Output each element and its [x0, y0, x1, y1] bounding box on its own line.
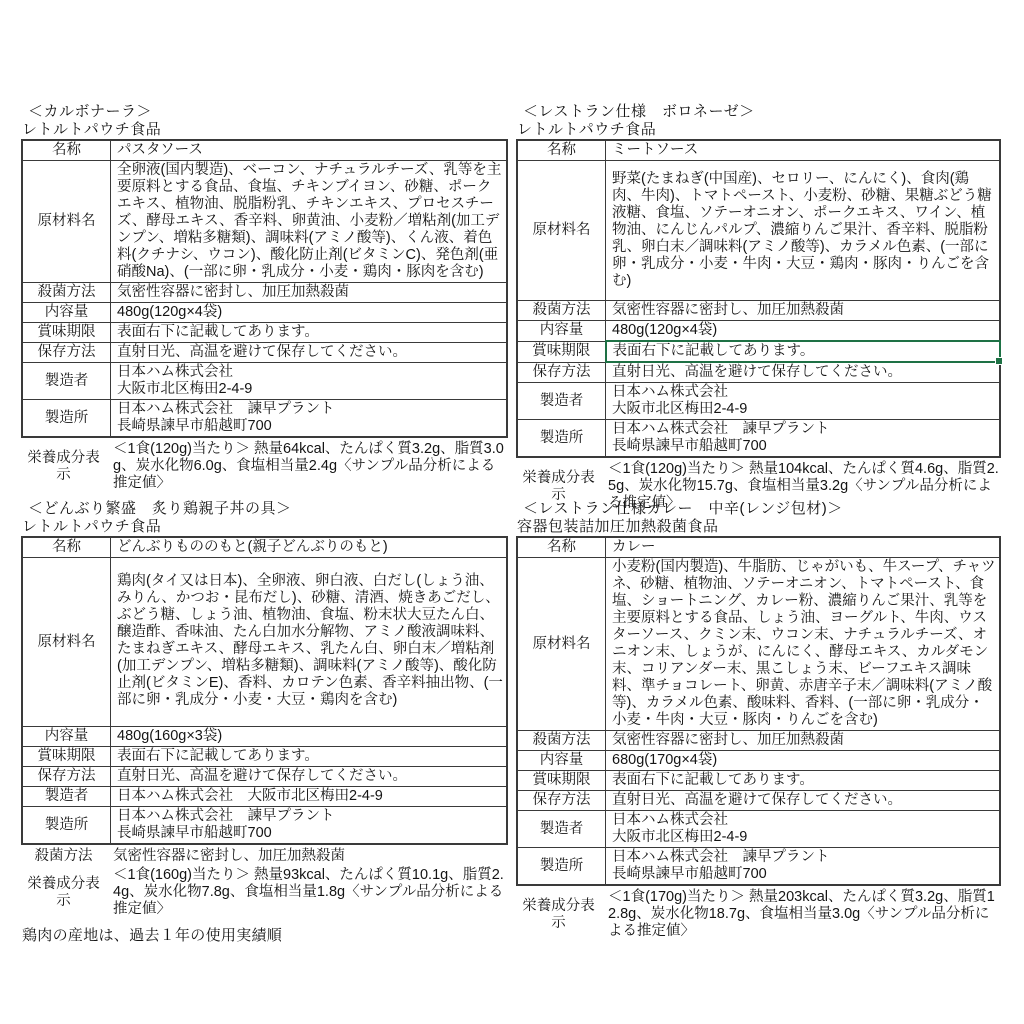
row-label[interactable]: 栄養成分表示	[21, 876, 106, 910]
row-label-cell[interactable]: 保存方法	[22, 343, 111, 363]
row-label-cell[interactable]: 内容量	[517, 751, 606, 771]
table-row: 賞味期限表面右下に記載してあります。	[517, 341, 1000, 362]
spec-table: 名称カレー原材料名小麦粉(国内製造)、牛脂肪、じゃがいも、牛スープ、チャツネ、砂…	[516, 536, 1001, 886]
row-value-cell[interactable]: どんぶりもののもと(親子どんぶりのもと)	[111, 537, 508, 558]
row-value[interactable]: ＜1食(160g)当たり＞ 熱量93kcal、たんぱく質10.1g、脂質2.4g…	[106, 867, 508, 918]
product-title: ＜レストラン仕様 ボロネーゼ＞	[516, 102, 1001, 121]
table-row: 製造者日本ハム株式会社 大阪市北区梅田2-4-9	[517, 383, 1000, 420]
borderless-rows: 栄養成分表示＜1食(170g)当たり＞ 熱量203kcal、たんぱく質3.2g、…	[516, 889, 1001, 940]
row-value-cell[interactable]: ミートソース	[606, 140, 1001, 161]
table-row: 保存方法直射日光、高温を避けて保存してください。	[22, 343, 507, 363]
row-label-cell[interactable]: 内容量	[517, 321, 606, 342]
row-label-cell[interactable]: 製造所	[22, 807, 111, 845]
table-row: 製造所日本ハム株式会社 諫早プラント 長崎県諫早市船越町700	[22, 807, 507, 845]
borderless-rows: 殺菌方法気密性容器に密封し、加圧加熱殺菌栄養成分表示＜1食(160g)当たり＞ …	[21, 848, 508, 918]
row-label-cell[interactable]: 製造者	[517, 383, 606, 420]
row-label-cell[interactable]: 内容量	[22, 727, 111, 747]
row-value-cell[interactable]: 日本ハム株式会社 諫早プラント 長崎県諫早市船越町700	[111, 807, 508, 845]
spec-table: 名称どんぶりもののもと(親子どんぶりのもと)原材料名鶏肉(タイ又は日本)、全卵液…	[21, 536, 508, 845]
row-label-cell[interactable]: 殺菌方法	[22, 283, 111, 303]
row-label-cell[interactable]: 賞味期限	[22, 323, 111, 343]
row-value-cell[interactable]: 直射日光、高温を避けて保存してください。	[111, 343, 508, 363]
row-value-cell[interactable]: 表面右下に記載してあります。	[111, 323, 508, 343]
product-section-carbonara: ＜カルボナーラ＞ レトルトパウチ食品 名称パスタソース原材料名全卵液(国内製造)…	[21, 102, 508, 492]
borderless-row: 栄養成分表示＜1食(120g)当たり＞ 熱量64kcal、たんぱく質3.2g、脂…	[21, 441, 508, 492]
table-row: 製造所日本ハム株式会社 諫早プラント 長崎県諫早市船越町700	[22, 400, 507, 438]
row-label-cell[interactable]: 名称	[517, 140, 606, 161]
row-value-cell[interactable]: 480g(160g×3袋)	[111, 727, 508, 747]
spec-table: 名称ミートソース原材料名野菜(たまねぎ(中国産)、セロリー、にんにく)、食肉(鶏…	[516, 139, 1001, 458]
row-label-cell[interactable]: 原材料名	[517, 161, 606, 301]
borderless-row: 栄養成分表示＜1食(160g)当たり＞ 熱量93kcal、たんぱく質10.1g、…	[21, 867, 508, 918]
row-value-cell[interactable]: 気密性容器に密封し、加圧加熱殺菌	[606, 301, 1001, 321]
product-category: レトルトパウチ食品	[21, 121, 508, 139]
row-value[interactable]: ＜1食(170g)当たり＞ 熱量203kcal、たんぱく質3.2g、脂質12.8…	[601, 889, 1001, 940]
row-value-cell[interactable]: 日本ハム株式会社 大阪市北区梅田2-4-9	[606, 811, 1001, 848]
row-label-cell[interactable]: 内容量	[22, 303, 111, 323]
row-label-cell[interactable]: 原材料名	[22, 558, 111, 727]
row-label-cell[interactable]: 製造所	[517, 848, 606, 886]
row-label-cell[interactable]: 原材料名	[517, 558, 606, 731]
borderless-row: 栄養成分表示＜1食(170g)当たり＞ 熱量203kcal、たんぱく質3.2g、…	[516, 889, 1001, 940]
row-value-cell[interactable]: 480g(120g×4袋)	[606, 321, 1001, 342]
row-label-cell[interactable]: 名称	[517, 537, 606, 558]
row-value[interactable]: ＜1食(120g)当たり＞ 熱量64kcal、たんぱく質3.2g、脂質3.0g、…	[106, 441, 508, 492]
table-row: 保存方法直射日光、高温を避けて保存してください。	[22, 767, 507, 787]
table-row: 原材料名全卵液(国内製造)、ベーコン、ナチュラルチーズ、乳等を主要原料とする食品…	[22, 161, 507, 283]
borderless-rows: 栄養成分表示＜1食(120g)当たり＞ 熱量64kcal、たんぱく質3.2g、脂…	[21, 441, 508, 492]
table-row: 製造所日本ハム株式会社 諫早プラント 長崎県諫早市船越町700	[517, 848, 1000, 886]
row-label-cell[interactable]: 保存方法	[22, 767, 111, 787]
table-row: 殺菌方法気密性容器に密封し、加圧加熱殺菌	[517, 731, 1000, 751]
row-label-cell[interactable]: 製造者	[22, 787, 111, 807]
product-category: レトルトパウチ食品	[21, 518, 508, 536]
selection-fill-handle[interactable]	[995, 357, 1003, 365]
row-value-cell-selected[interactable]: 表面右下に記載してあります。	[606, 341, 1001, 362]
row-value-cell[interactable]: 日本ハム株式会社 大阪市北区梅田2-4-9	[111, 363, 508, 400]
spec-table: 名称パスタソース原材料名全卵液(国内製造)、ベーコン、ナチュラルチーズ、乳等を主…	[21, 139, 508, 438]
table-row: 名称どんぶりもののもと(親子どんぶりのもと)	[22, 537, 507, 558]
row-value-cell[interactable]: 全卵液(国内製造)、ベーコン、ナチュラルチーズ、乳等を主要原料とする食品、食塩、…	[111, 161, 508, 283]
product-section-oyakodon: ＜どんぶり繁盛 炙り鶏親子丼の具＞ レトルトパウチ食品 名称どんぶりもののもと(…	[21, 499, 508, 945]
table-row: 保存方法直射日光、高温を避けて保存してください。	[517, 791, 1000, 811]
row-label-cell[interactable]: 殺菌方法	[517, 301, 606, 321]
row-label-cell[interactable]: 賞味期限	[517, 341, 606, 362]
row-value-cell[interactable]: 鶏肉(タイ又は日本)、全卵液、卵白液、白だし(しょう油、みりん、かつお・昆布だし…	[111, 558, 508, 727]
table-row: 殺菌方法気密性容器に密封し、加圧加熱殺菌	[517, 301, 1000, 321]
table-row: 賞味期限表面右下に記載してあります。	[22, 323, 507, 343]
row-label-cell[interactable]: 製造者	[517, 811, 606, 848]
row-label-cell[interactable]: 保存方法	[517, 791, 606, 811]
row-label[interactable]: 栄養成分表示	[21, 450, 106, 484]
chicken-origin-footnote: 鶏肉の産地は、過去１年の使用実績順	[21, 927, 508, 945]
table-row: 内容量480g(160g×3袋)	[22, 727, 507, 747]
row-value-cell[interactable]: 日本ハム株式会社 諫早プラント 長崎県諫早市船越町700	[111, 400, 508, 438]
row-value-cell[interactable]: 直射日光、高温を避けて保存してください。	[606, 791, 1001, 811]
table-row: 製造者日本ハム株式会社 大阪市北区梅田2-4-9	[517, 811, 1000, 848]
row-label[interactable]: 殺菌方法	[21, 848, 106, 865]
table-row: 原材料名野菜(たまねぎ(中国産)、セロリー、にんにく)、食肉(鶏肉、牛肉)、トマ…	[517, 161, 1000, 301]
table-row: 賞味期限表面右下に記載してあります。	[22, 747, 507, 767]
row-value[interactable]: 気密性容器に密封し、加圧加熱殺菌	[106, 848, 508, 865]
row-value-cell[interactable]: 小麦粉(国内製造)、牛脂肪、じゃがいも、牛スープ、チャツネ、砂糖、植物油、ソテー…	[606, 558, 1001, 731]
row-value-cell[interactable]: 日本ハム株式会社 諫早プラント 長崎県諫早市船越町700	[606, 848, 1001, 886]
product-title: ＜カルボナーラ＞	[21, 102, 508, 121]
row-value-cell[interactable]: 直射日光、高温を避けて保存してください。	[111, 767, 508, 787]
product-title: ＜レストラン仕様カレー 中辛(レンジ包材)＞	[516, 499, 1001, 518]
row-value-cell[interactable]: 480g(120g×4袋)	[111, 303, 508, 323]
table-row: 賞味期限表面右下に記載してあります。	[517, 771, 1000, 791]
row-label-cell[interactable]: 原材料名	[22, 161, 111, 283]
product-title: ＜どんぶり繁盛 炙り鶏親子丼の具＞	[21, 499, 508, 518]
row-label-cell[interactable]: 名称	[22, 537, 111, 558]
table-row: 保存方法直射日光、高温を避けて保存してください。	[517, 362, 1000, 383]
row-label[interactable]: 栄養成分表示	[516, 898, 601, 932]
row-label-cell[interactable]: 製造者	[22, 363, 111, 400]
table-row: 原材料名鶏肉(タイ又は日本)、全卵液、卵白液、白だし(しょう油、みりん、かつお・…	[22, 558, 507, 727]
table-row: 製造者日本ハム株式会社 大阪市北区梅田2-4-9	[22, 787, 507, 807]
table-row: 名称パスタソース	[22, 140, 507, 161]
row-value-cell[interactable]: 表面右下に記載してあります。	[111, 747, 508, 767]
row-label-cell[interactable]: 製造所	[22, 400, 111, 438]
row-value-cell[interactable]: 野菜(たまねぎ(中国産)、セロリー、にんにく)、食肉(鶏肉、牛肉)、トマトペース…	[606, 161, 1001, 301]
row-label-cell[interactable]: 賞味期限	[22, 747, 111, 767]
row-value-cell[interactable]: 表面右下に記載してあります。	[606, 771, 1001, 791]
table-row: 内容量480g(120g×4袋)	[22, 303, 507, 323]
table-row: 殺菌方法気密性容器に密封し、加圧加熱殺菌	[22, 283, 507, 303]
row-label-cell[interactable]: 殺菌方法	[517, 731, 606, 751]
table-row: 名称ミートソース	[517, 140, 1000, 161]
table-row: 内容量680g(170g×4袋)	[517, 751, 1000, 771]
row-label-cell[interactable]: 賞味期限	[517, 771, 606, 791]
table-row: 製造所日本ハム株式会社 諫早プラント 長崎県諫早市船越町700	[517, 420, 1000, 458]
row-value-cell[interactable]: 日本ハム株式会社 諫早プラント 長崎県諫早市船越町700	[606, 420, 1001, 458]
table-row: 製造者日本ハム株式会社 大阪市北区梅田2-4-9	[22, 363, 507, 400]
product-section-bolognese: ＜レストラン仕様 ボロネーゼ＞ レトルトパウチ食品 名称ミートソース原材料名野菜…	[516, 102, 1001, 512]
row-label-cell[interactable]: 保存方法	[517, 362, 606, 383]
product-section-curry: ＜レストラン仕様カレー 中辛(レンジ包材)＞ 容器包装詰加圧加熱殺菌食品 名称カ…	[516, 499, 1001, 940]
product-category: レトルトパウチ食品	[516, 121, 1001, 139]
product-spec-sheet: { "colors": { "background": "#ffffff", "…	[0, 0, 1024, 1024]
borderless-row: 殺菌方法気密性容器に密封し、加圧加熱殺菌	[21, 848, 508, 865]
product-category: 容器包装詰加圧加熱殺菌食品	[516, 518, 1001, 536]
row-value-cell[interactable]: 直射日光、高温を避けて保存してください。	[606, 362, 1001, 383]
table-row: 内容量480g(120g×4袋)	[517, 321, 1000, 342]
row-value-cell[interactable]: カレー	[606, 537, 1001, 558]
row-value-cell[interactable]: 日本ハム株式会社 大阪市北区梅田2-4-9	[606, 383, 1001, 420]
row-value-cell[interactable]: パスタソース	[111, 140, 508, 161]
row-value-cell[interactable]: 気密性容器に密封し、加圧加熱殺菌	[606, 731, 1001, 751]
row-value-cell[interactable]: 680g(170g×4袋)	[606, 751, 1001, 771]
row-value-cell[interactable]: 日本ハム株式会社 大阪市北区梅田2-4-9	[111, 787, 508, 807]
row-value-cell[interactable]: 気密性容器に密封し、加圧加熱殺菌	[111, 283, 508, 303]
row-label-cell[interactable]: 製造所	[517, 420, 606, 458]
row-label-cell[interactable]: 名称	[22, 140, 111, 161]
table-row: 原材料名小麦粉(国内製造)、牛脂肪、じゃがいも、牛スープ、チャツネ、砂糖、植物油…	[517, 558, 1000, 731]
table-row: 名称カレー	[517, 537, 1000, 558]
